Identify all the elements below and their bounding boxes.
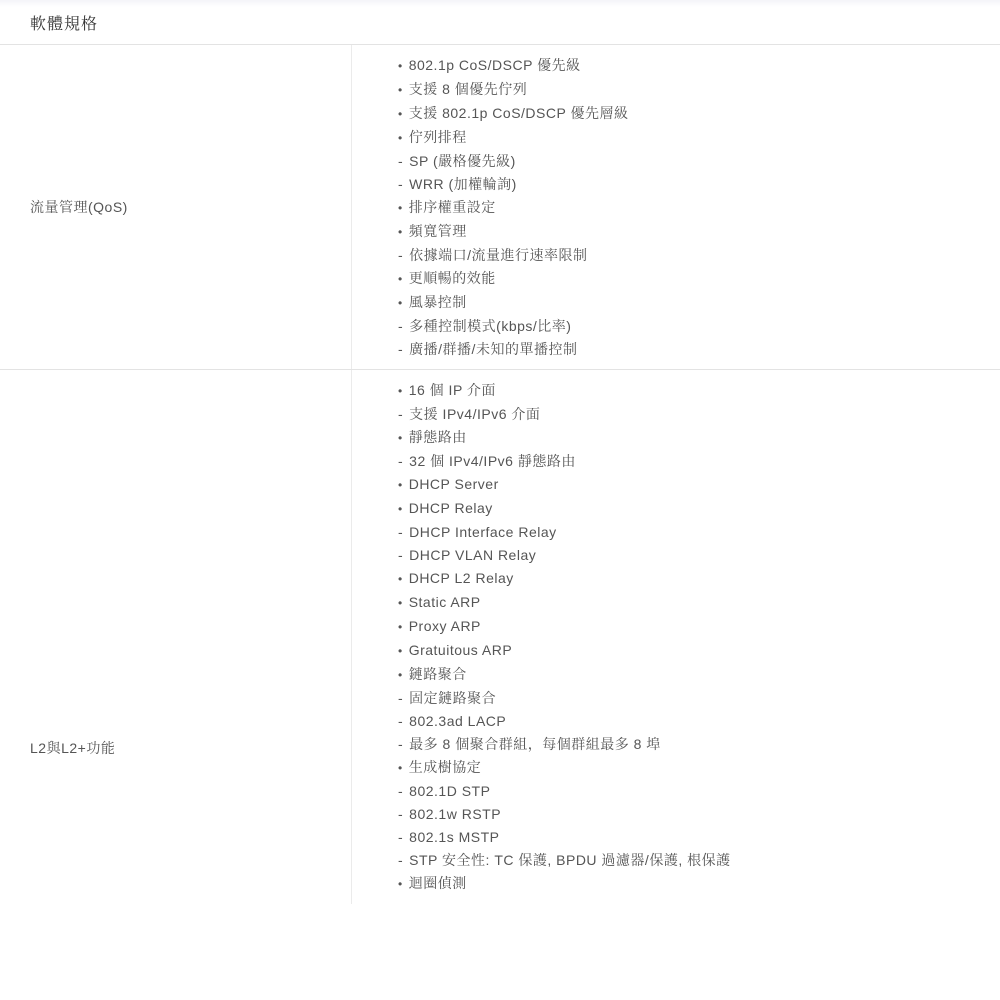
bullet-icon: • bbox=[398, 55, 403, 78]
spec-item: •更順暢的效能 bbox=[398, 267, 980, 291]
spec-item: -依據端口/流量進行速率限制 bbox=[398, 244, 980, 267]
dash-icon: - bbox=[398, 338, 403, 361]
spec-item-text: 迴圈偵測 bbox=[409, 872, 467, 895]
spec-item: -支援 IPv4/IPv6 介面 bbox=[398, 403, 980, 426]
spec-item: •鏈路聚合 bbox=[398, 663, 980, 687]
spec-item: -廣播/群播/未知的單播控制 bbox=[398, 338, 980, 361]
bullet-icon: • bbox=[398, 380, 403, 403]
spec-category-cell: 流量管理(QoS) bbox=[0, 45, 352, 369]
spec-item: •DHCP L2 Relay bbox=[398, 567, 980, 591]
spec-item-text: 支援 IPv4/IPv6 介面 bbox=[409, 403, 540, 426]
dash-icon: - bbox=[398, 544, 403, 567]
bullet-icon: • bbox=[398, 757, 403, 780]
spec-item: •佇列排程 bbox=[398, 126, 980, 150]
spec-item: •16 個 IP 介面 bbox=[398, 379, 980, 403]
bullet-icon: • bbox=[398, 498, 403, 521]
bullet-icon: • bbox=[398, 221, 403, 244]
bullet-icon: • bbox=[398, 640, 403, 663]
spec-item-text: 依據端口/流量進行速率限制 bbox=[409, 244, 587, 267]
spec-item: -SP (嚴格優先級) bbox=[398, 150, 980, 173]
spec-table: 流量管理(QoS)•802.1p CoS/DSCP 優先級•支援 8 個優先佇列… bbox=[0, 45, 1000, 904]
spec-item-text: 頻寬管理 bbox=[409, 220, 467, 243]
spec-row: L2與L2+功能•16 個 IP 介面-支援 IPv4/IPv6 介面•靜態路由… bbox=[0, 370, 1000, 904]
bullet-icon: • bbox=[398, 427, 403, 450]
dash-icon: - bbox=[398, 244, 403, 267]
spec-item: •802.1p CoS/DSCP 優先級 bbox=[398, 54, 980, 78]
spec-item-text: 802.1w RSTP bbox=[409, 803, 501, 826]
spec-item-text: 支援 802.1p CoS/DSCP 優先層級 bbox=[409, 102, 629, 125]
spec-item: •頻寬管理 bbox=[398, 220, 980, 244]
bullet-icon: • bbox=[398, 616, 403, 639]
bullet-icon: • bbox=[398, 292, 403, 315]
bullet-icon: • bbox=[398, 103, 403, 126]
spec-item: -802.1D STP bbox=[398, 780, 980, 803]
dash-icon: - bbox=[398, 826, 403, 849]
spec-item-text: Gratuitous ARP bbox=[409, 639, 513, 662]
spec-item: -802.3ad LACP bbox=[398, 710, 980, 733]
spec-items-cell: •16 個 IP 介面-支援 IPv4/IPv6 介面•靜態路由-32 個 IP… bbox=[352, 370, 1000, 904]
spec-item: -802.1w RSTP bbox=[398, 803, 980, 826]
dash-icon: - bbox=[398, 733, 403, 756]
spec-item-text: Static ARP bbox=[409, 591, 481, 614]
spec-item: •排序權重設定 bbox=[398, 196, 980, 220]
dash-icon: - bbox=[398, 780, 403, 803]
spec-item-text: WRR (加權輪詢) bbox=[409, 173, 517, 196]
bullet-icon: • bbox=[398, 197, 403, 220]
spec-item-text: DHCP L2 Relay bbox=[409, 567, 514, 590]
spec-item: •DHCP Relay bbox=[398, 497, 980, 521]
spec-section-header: 軟體規格 bbox=[0, 0, 1000, 45]
spec-item: -固定鏈路聚合 bbox=[398, 687, 980, 710]
dash-icon: - bbox=[398, 803, 403, 826]
spec-item: -WRR (加權輪詢) bbox=[398, 173, 980, 196]
spec-item-text: 固定鏈路聚合 bbox=[409, 687, 496, 710]
spec-item-text: SP (嚴格優先級) bbox=[409, 150, 516, 173]
spec-item-text: 風暴控制 bbox=[409, 291, 467, 314]
bullet-icon: • bbox=[398, 592, 403, 615]
spec-item: -DHCP Interface Relay bbox=[398, 521, 980, 544]
dash-icon: - bbox=[398, 710, 403, 733]
spec-item: -STP 安全性: TC 保護, BPDU 過濾器/保護, 根保護 bbox=[398, 849, 980, 872]
spec-item: •DHCP Server bbox=[398, 473, 980, 497]
bullet-icon: • bbox=[398, 474, 403, 497]
spec-item: -最多 8 個聚合群組，每個群組最多 8 埠 bbox=[398, 733, 980, 756]
spec-category-cell: L2與L2+功能 bbox=[0, 370, 352, 904]
bullet-icon: • bbox=[398, 268, 403, 291]
spec-item-text: 802.1p CoS/DSCP 優先級 bbox=[409, 54, 581, 77]
spec-item-text: 802.1s MSTP bbox=[409, 826, 499, 849]
spec-item-text: 鏈路聚合 bbox=[409, 663, 467, 686]
spec-item-text: 生成樹協定 bbox=[409, 756, 482, 779]
spec-item: •生成樹協定 bbox=[398, 756, 980, 780]
spec-item-text: 802.1D STP bbox=[409, 780, 490, 803]
spec-item: -802.1s MSTP bbox=[398, 826, 980, 849]
spec-page: 軟體規格 流量管理(QoS)•802.1p CoS/DSCP 優先級•支援 8 … bbox=[0, 0, 1000, 1000]
bullet-icon: • bbox=[398, 873, 403, 896]
spec-item: •迴圈偵測 bbox=[398, 872, 980, 896]
dash-icon: - bbox=[398, 687, 403, 710]
spec-item: -多種控制模式(kbps/比率) bbox=[398, 315, 980, 338]
spec-item-text: 支援 8 個優先佇列 bbox=[409, 78, 528, 101]
spec-item-text: 佇列排程 bbox=[409, 126, 467, 149]
spec-item: -DHCP VLAN Relay bbox=[398, 544, 980, 567]
dash-icon: - bbox=[398, 173, 403, 196]
spec-item: •靜態路由 bbox=[398, 426, 980, 450]
spec-items-cell: •802.1p CoS/DSCP 優先級•支援 8 個優先佇列•支援 802.1… bbox=[352, 45, 1000, 369]
bullet-icon: • bbox=[398, 79, 403, 102]
dash-icon: - bbox=[398, 315, 403, 338]
spec-item-text: DHCP Interface Relay bbox=[409, 521, 556, 544]
spec-item: •支援 802.1p CoS/DSCP 優先層級 bbox=[398, 102, 980, 126]
spec-item-text: DHCP VLAN Relay bbox=[409, 544, 536, 567]
spec-item-text: STP 安全性: TC 保護, BPDU 過濾器/保護, 根保護 bbox=[409, 849, 730, 872]
spec-item-text: 靜態路由 bbox=[409, 426, 467, 449]
spec-item-text: 廣播/群播/未知的單播控制 bbox=[409, 338, 577, 361]
spec-row: 流量管理(QoS)•802.1p CoS/DSCP 優先級•支援 8 個優先佇列… bbox=[0, 45, 1000, 370]
spec-item-text: DHCP Relay bbox=[409, 497, 493, 520]
spec-category-label: L2與L2+功能 bbox=[30, 738, 351, 758]
bullet-icon: • bbox=[398, 568, 403, 591]
spec-item-text: 排序權重設定 bbox=[409, 196, 496, 219]
bullet-icon: • bbox=[398, 127, 403, 150]
bullet-icon: • bbox=[398, 664, 403, 687]
spec-item: •Static ARP bbox=[398, 591, 980, 615]
spec-item-text: 16 個 IP 介面 bbox=[409, 379, 496, 402]
spec-item-text: 更順暢的效能 bbox=[409, 267, 496, 290]
spec-item-text: DHCP Server bbox=[409, 473, 499, 496]
spec-item-text: 32 個 IPv4/IPv6 靜態路由 bbox=[409, 450, 576, 473]
spec-category-label: 流量管理(QoS) bbox=[30, 197, 128, 217]
spec-item-text: 最多 8 個聚合群組，每個群組最多 8 埠 bbox=[409, 733, 661, 756]
dash-icon: - bbox=[398, 521, 403, 544]
spec-item: -32 個 IPv4/IPv6 靜態路由 bbox=[398, 450, 980, 473]
spec-item: •Proxy ARP bbox=[398, 615, 980, 639]
dash-icon: - bbox=[398, 150, 403, 173]
dash-icon: - bbox=[398, 849, 403, 872]
spec-item-text: Proxy ARP bbox=[409, 615, 481, 638]
spec-item-text: 802.3ad LACP bbox=[409, 710, 506, 733]
page-title: 軟體規格 bbox=[30, 11, 98, 34]
spec-item: •支援 8 個優先佇列 bbox=[398, 78, 980, 102]
spec-item: •Gratuitous ARP bbox=[398, 639, 980, 663]
spec-item: •風暴控制 bbox=[398, 291, 980, 315]
dash-icon: - bbox=[398, 450, 403, 473]
spec-item-text: 多種控制模式(kbps/比率) bbox=[409, 315, 571, 338]
dash-icon: - bbox=[398, 403, 403, 426]
